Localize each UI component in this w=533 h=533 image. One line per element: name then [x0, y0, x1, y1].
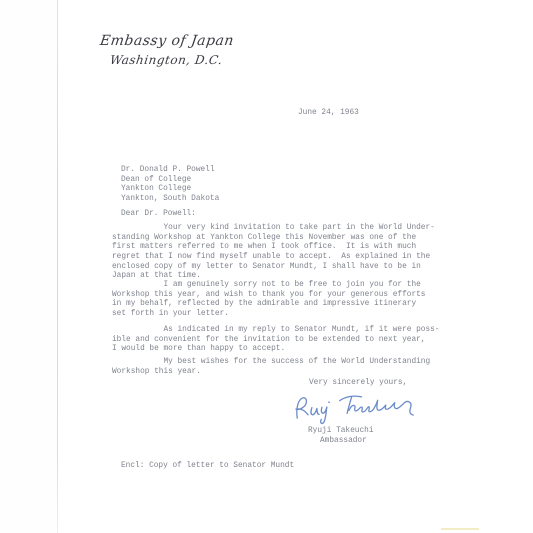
body-line: regret that I now find myself unable to … [112, 253, 430, 263]
recipient-city-state: Yankton, South Dakota [121, 195, 219, 205]
body-line: As indicated in my reply to Senator Mund… [112, 326, 440, 336]
signer-typed-name: Ryuji Takeuchi [308, 427, 374, 437]
recipient-name: Dr. Donald P. Powell [121, 166, 215, 176]
letterhead-embassy-name: Embassy of Japan [99, 33, 235, 49]
body-line: set forth in your letter. [112, 310, 229, 320]
scanned-letter: Embassy of Japan Washington, D.C. June 2… [0, 0, 533, 533]
letterhead-city: Washington, D.C. [109, 53, 224, 67]
body-line: Workshop this year. [112, 368, 201, 378]
body-line: first matters referred to me when I took… [112, 243, 416, 253]
date-line: June 24, 1963 [298, 109, 359, 119]
recipient-institution: Yankton College [121, 185, 191, 195]
body-line: I would be more than happy to accept. [112, 345, 285, 355]
handwritten-signature [292, 391, 424, 429]
body-line: I am genuinely sorry not to be free to j… [112, 281, 421, 291]
page-left-edge [57, 0, 58, 533]
body-line: My best wishes for the success of the Wo… [112, 358, 430, 368]
signature-ink-icon [291, 389, 424, 432]
scan-artifact-mark [441, 528, 479, 530]
salutation: Dear Dr. Powell: [121, 210, 196, 220]
enclosure-note: Encl: Copy of letter to Senator Mundt [121, 462, 294, 472]
signer-title: Ambassador [320, 437, 367, 447]
body-line: in my behalf, reflected by the admirable… [112, 300, 416, 310]
valediction: Very sincerely yours, [309, 379, 407, 389]
body-line: Your very kind invitation to take part i… [112, 224, 435, 234]
